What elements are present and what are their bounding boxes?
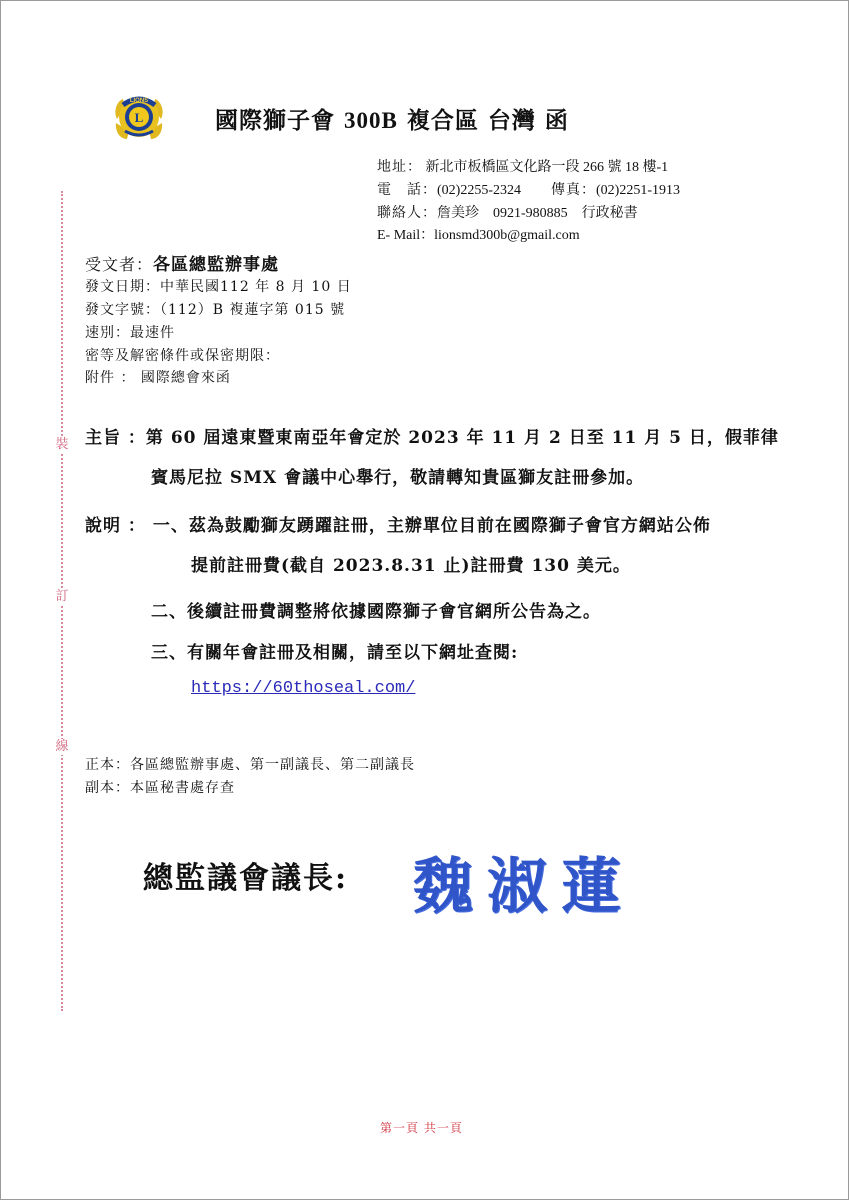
subject-line-2: 賓馬尼拉 SMX 會議中心舉行，敬請轉知貴區獅友註冊參加。 (151, 463, 644, 488)
lions-logo-icon: L LIONS (111, 89, 167, 145)
original-recipients: 正本：各區總監辦事處、第一副議長、第二副議長 (85, 754, 415, 774)
email-label: E- Mail： (377, 228, 434, 243)
address-label: 地址： (377, 160, 422, 175)
recipient-line: 受文者：各區總監辦事處 (85, 250, 279, 275)
page-indicator: 第一頁 共一頁 (380, 1119, 463, 1136)
signature-label: 總監議會議長: (143, 853, 348, 897)
delivery-speed: 速別：最速件 (85, 322, 175, 342)
copy-recipients: 副本：本區秘書處存查 (85, 777, 235, 797)
signature-seal: 魏淑蓮 (413, 839, 635, 925)
contact-label: 聯絡人： (377, 206, 437, 221)
document-page: L LIONS 國際獅子會 300B 複合區 台灣 函 地址： 新北市板橋區文化… (0, 0, 849, 1200)
fax-label: 傳真： (521, 183, 596, 198)
recipient-value: 各區總監辦事處 (153, 255, 279, 275)
email-link[interactable]: lionsmd300b@gmail.com (434, 228, 580, 243)
binding-mark-zhuang: 裝 (53, 437, 71, 453)
contact-person-line: 聯絡人：詹美珍 0921-980885 行政秘書 (377, 202, 638, 222)
title-org: 國際獅子會 (215, 107, 344, 134)
subject-line-1: 主旨 ：第 60 屆遠東暨東南亞年會定於 2023 年 11 月 2 日至 11… (85, 423, 779, 448)
explanation-item-1-cont: 提前註冊費(截自 2023.8.31 止)註冊費 130 美元。 (191, 551, 631, 576)
confidentiality: 密等及解密條件或保密期限： (85, 345, 280, 365)
reference-number: 發文字號：（112）B 複蓮字第 015 號 (85, 299, 345, 319)
explanation-item-3: 三、有關年會註冊及相關，請至以下網址查閱: (151, 638, 518, 663)
registration-link[interactable]: https://60thoseal.com/ (191, 679, 415, 698)
title-district: 300B (344, 108, 398, 133)
issue-date: 發文日期：中華民國112 年 8 月 10 日 (85, 276, 352, 296)
phone-fax-line: 電 話：(02)2255-2324 傳真：(02)2251-1913 (377, 179, 680, 199)
letterhead-title: 國際獅子會 300B 複合區 台灣 函 (215, 102, 569, 135)
address-value: 新北市板橋區文化路一段 266 號 18 樓-1 (422, 160, 668, 175)
email-line: E- Mail：lionsmd300b@gmail.com (377, 224, 580, 244)
title-suffix: 複合區 台灣 函 (398, 107, 569, 134)
explanation-item-1: 說明 ： 一、茲為鼓勵獅友踴躍註冊，主辦單位目前在國際獅子會官方網站公佈 (85, 511, 711, 536)
fax-value: (02)2251-1913 (596, 183, 680, 198)
svg-text:LIONS: LIONS (130, 98, 148, 104)
phone-label: 電 話： (377, 183, 437, 198)
binding-mark-ding: 訂 (53, 589, 71, 605)
svg-text:L: L (135, 110, 144, 125)
attachment: 附件 ： 國際總會來函 (85, 367, 231, 387)
explanation-item-2: 二、後續註冊費調整將依據國際獅子會官網所公告為之。 (151, 597, 601, 622)
recipient-label: 受文者： (85, 255, 153, 274)
address-line: 地址： 新北市板橋區文化路一段 266 號 18 樓-1 (377, 156, 668, 176)
binding-mark-xian: 線 (53, 739, 71, 755)
phone-value: (02)2255-2324 (437, 183, 521, 198)
contact-value: 詹美珍 0921-980885 行政秘書 (437, 206, 638, 221)
